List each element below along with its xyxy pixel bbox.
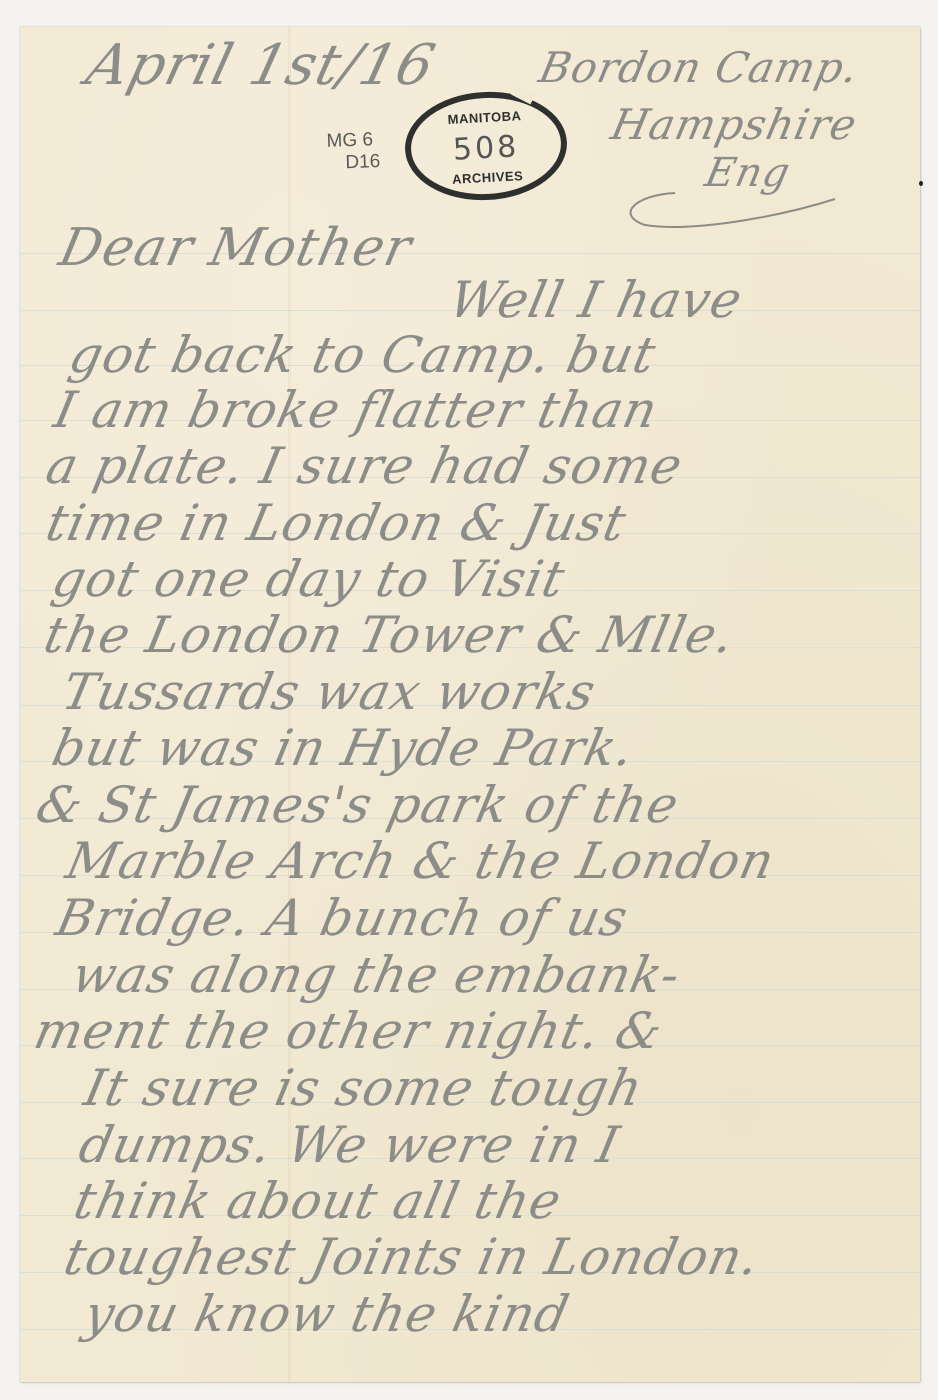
letter-line: ment the other night. & [30,1006,667,1056]
letter-line: toughest Joints in London. [60,1232,764,1282]
archive-ref-line-2: D16 [327,151,381,175]
letter-line: time in London & Just [42,498,631,548]
letter-line: the London Tower & Mlle. [40,610,739,660]
letter-date: April 1st/16 [81,38,441,94]
letter-line: Well I have [445,275,747,325]
letter-line: but was in Hyde Park. [48,723,639,773]
letter-line: you know the kind [80,1289,574,1339]
letter-line: It sure is some tough [80,1063,647,1113]
stamp-top-text: MANITOBA [409,106,560,129]
letter-line: Tussards wax works [58,667,600,717]
letter-line: Bridge. A bunch of us [52,893,633,943]
letter-line: was along the embank- [68,950,685,1000]
underline-flourish [615,185,845,235]
archive-reference: MG 6 D16 [326,129,380,175]
salutation: Dear Mother [55,222,416,274]
letter-line: a plate. I sure had some [42,441,687,491]
letter-line: dumps. We were in I [75,1120,624,1170]
letter-line: got one day to Visit [48,554,570,604]
ink-speck [919,181,923,186]
scanned-page: April 1st/16 Bordon Camp. Hampshire Eng … [0,0,938,1400]
letter-line: & St James's park of the [32,780,683,830]
letter-line: got back to Camp. but [65,330,660,380]
archive-ref-line-1: MG 6 [326,129,380,153]
letter-line: I am broke flatter than [50,385,662,435]
place-line-2: Hampshire [608,104,861,146]
place-line-1: Bordon Camp. [536,47,863,89]
letter-line: think about all the [70,1176,566,1226]
letter-line: Marble Arch & the London [62,836,779,886]
stamp-number: 508 [410,127,562,170]
